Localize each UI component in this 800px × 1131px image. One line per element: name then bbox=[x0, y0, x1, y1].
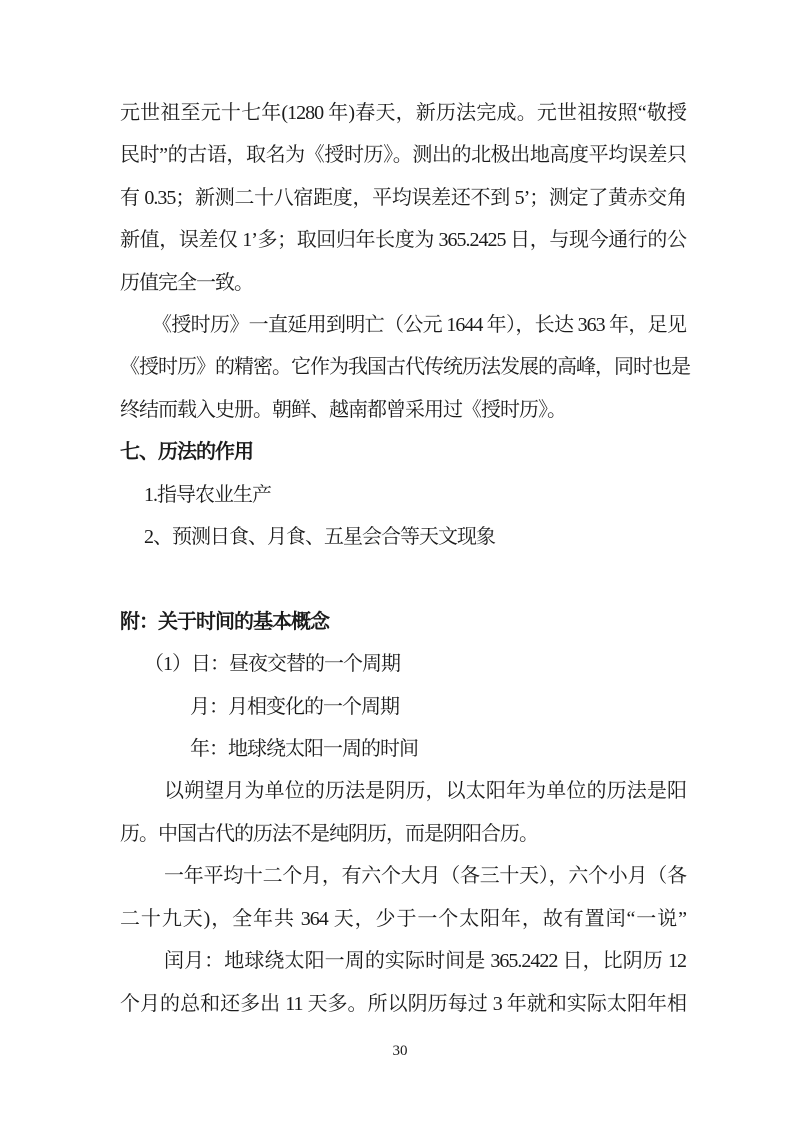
heading-line: 七、历法的作用 bbox=[120, 431, 686, 473]
text-line: 二十九天)，全年共 364 天，少于一个太阳年，故有置闰“一说” bbox=[120, 898, 686, 940]
page-number: 30 bbox=[0, 1042, 800, 1060]
text-line: 终结而载入史册。朝鲜、越南都曾采用过《授时历》。 bbox=[120, 389, 686, 431]
text-line: 一年平均十二个月，有六个大月（各三十天），六个小月（各 bbox=[120, 855, 686, 897]
heading-line: 附：关于时间的基本概念 bbox=[120, 601, 686, 643]
text-line: 元世祖至元十七年(1280 年)春天，新历法完成。元世祖按照“敬授 bbox=[120, 92, 686, 134]
text-line: 民时”的古语，取名为《授时历》。测出的北极出地高度平均误差只 bbox=[120, 134, 686, 176]
text-block: 元世祖至元十七年(1280 年)春天，新历法完成。元世祖按照“敬授民时”的古语，… bbox=[120, 92, 686, 1025]
text-line: 《授时历》一直延用到明亡（公元 1644 年），长达 363 年，足见 bbox=[120, 304, 686, 346]
blank-line bbox=[120, 558, 686, 600]
document-page: 元世祖至元十七年(1280 年)春天，新历法完成。元世祖按照“敬授民时”的古语，… bbox=[0, 0, 800, 1131]
text-line: 有 0.35；新测二十八宿距度，平均误差还不到 5’；测定了黄赤交角 bbox=[120, 177, 686, 219]
text-line: 月：月相变化的一个周期 bbox=[120, 686, 686, 728]
text-line: 新值，误差仅 1’多；取回归年长度为 365.2425 日，与现今通行的公 bbox=[120, 219, 686, 261]
text-line: （1）日：昼夜交替的一个周期 bbox=[120, 643, 686, 685]
text-line: 历值完全一致。 bbox=[120, 262, 686, 304]
text-line: 以朔望月为单位的历法是阴历，以太阳年为单位的历法是阳 bbox=[120, 770, 686, 812]
text-line: 年：地球绕太阳一周的时间 bbox=[120, 728, 686, 770]
text-line: 1.指导农业生产 bbox=[120, 474, 686, 516]
text-line: 2、预测日食、月食、五星会合等天文现象 bbox=[120, 516, 686, 558]
text-line: 《授时历》的精密。它作为我国古代传统历法发展的高峰，同时也是 bbox=[120, 346, 686, 388]
text-line: 闰月：地球绕太阳一周的实际时间是 365.2422 日，比阴历 12 bbox=[120, 940, 686, 982]
text-line: 历。中国古代的历法不是纯阴历，而是阴阳合历。 bbox=[120, 813, 686, 855]
text-line: 个月的总和还多出 11 天多。所以阴历每过 3 年就和实际太阳年相 bbox=[120, 983, 686, 1025]
